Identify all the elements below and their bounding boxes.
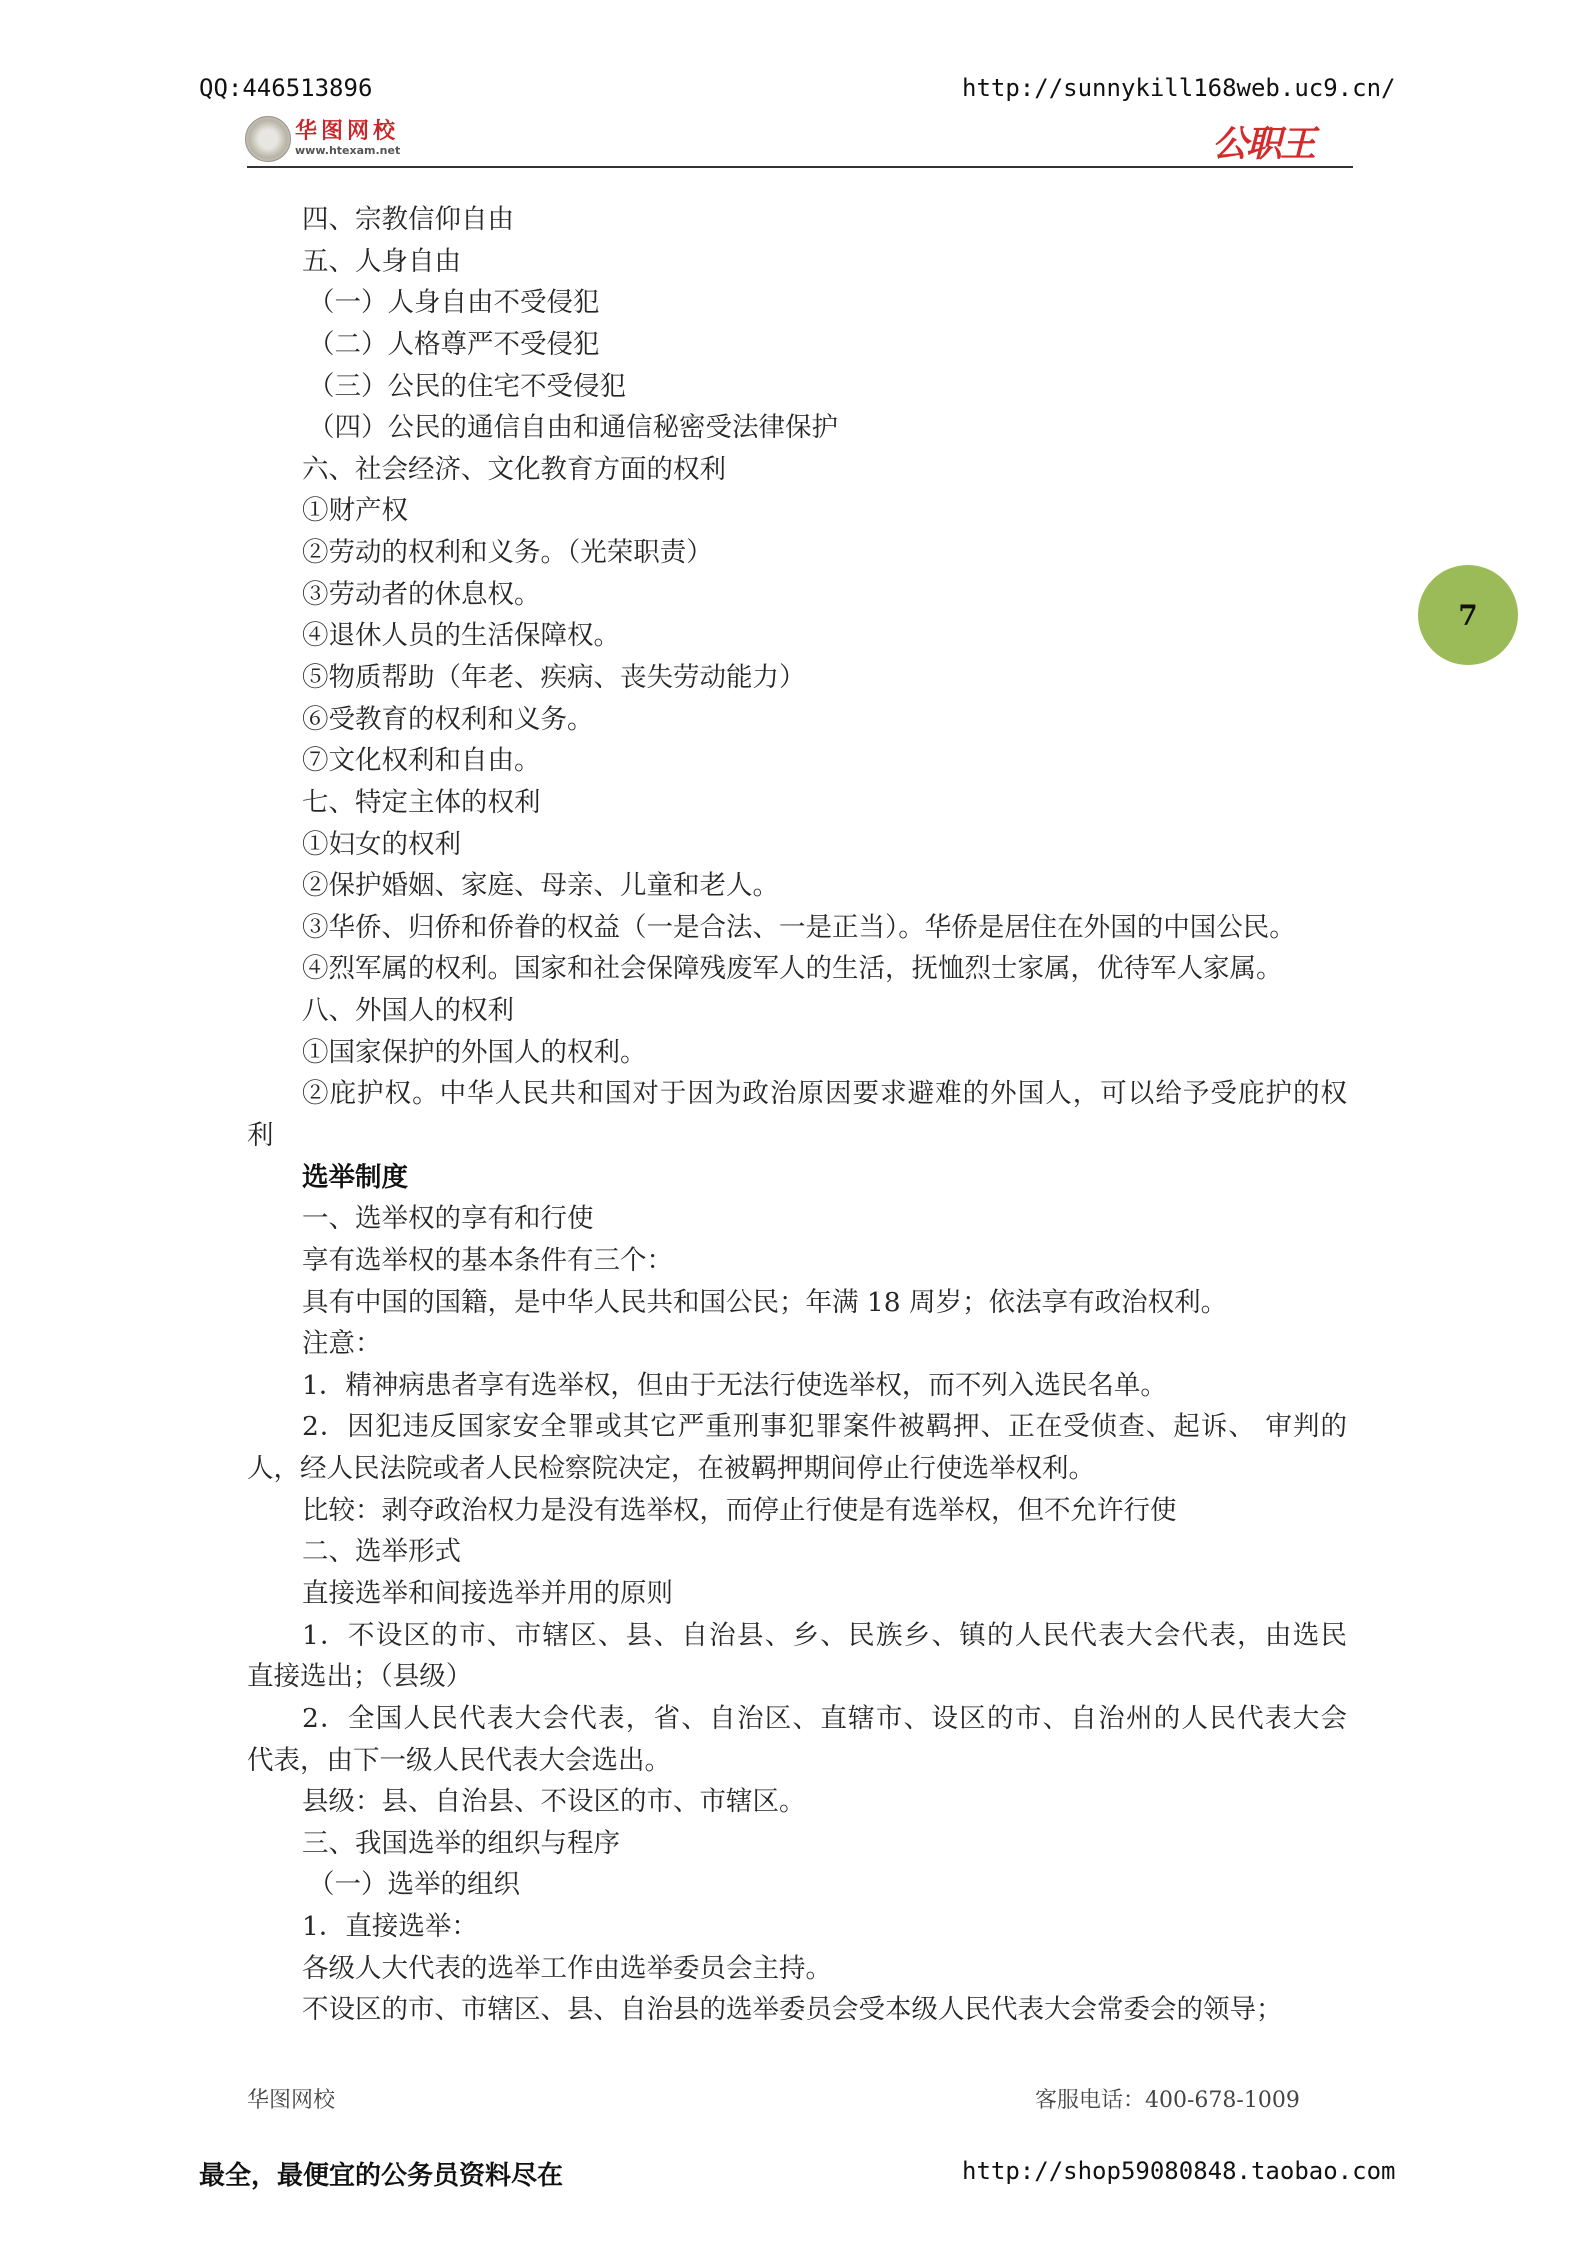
list-item: ④退休人员的生活保障权。	[302, 621, 620, 651]
gongzhiwang-logo: 公职王	[1212, 116, 1314, 167]
paragraph-continuation: 利	[247, 1121, 274, 1151]
paragraph-continuation: 人，经人民法院或者人民检察院决定，在被羁押期间停止行使选举权利。	[247, 1454, 1095, 1484]
page-number: 7	[1458, 599, 1477, 632]
list-item: 2．因犯违反国家安全罪或其它严重刑事犯罪案件被羁押、正在受侦查、起诉、 审判的	[302, 1412, 1347, 1442]
shop-url: http://shop59080848.taobao.com	[962, 2157, 1395, 2185]
paragraph: 直接选举和间接选举并用的原则	[302, 1579, 673, 1609]
list-item: ③劳动者的休息权。	[302, 580, 541, 610]
list-item: （一）人身自由不受侵犯	[308, 288, 600, 318]
section-heading: 一、选举权的享有和行使	[302, 1204, 594, 1234]
list-item: ②庇护权。中华人民共和国对于因为政治原因要求避难的外国人，可以给予受庇护的权	[302, 1079, 1347, 1109]
paragraph-continuation: 直接选出；（县级）	[247, 1662, 472, 1692]
list-item: （三）公民的住宅不受侵犯	[308, 372, 626, 402]
promo-text: 最全，最便宜的公务员资料尽在	[199, 2155, 563, 2192]
subsection-heading: （一）选举的组织	[308, 1870, 520, 1900]
logo-url: www.htexam.net	[295, 144, 400, 157]
list-item: ⑦文化权利和自由。	[302, 746, 541, 776]
paragraph: 享有选举权的基本条件有三个：	[302, 1246, 673, 1276]
list-item: ⑥受教育的权利和义务。	[302, 705, 594, 735]
section-heading: 五、人身自由	[302, 247, 461, 277]
section-heading: 六、社会经济、文化教育方面的权利	[302, 455, 726, 485]
list-item: 1．直接选举：	[302, 1912, 478, 1942]
list-item: 2．全国人民代表大会代表，省、自治区、直辖市、设区的市、自治州的人民代表大会	[302, 1704, 1347, 1734]
page-number-badge: 7	[1418, 565, 1518, 665]
paragraph: 不设区的市、市辖区、县、自治县的选举委员会受本级人民代表大会常委会的领导；	[302, 1995, 1283, 2025]
emblem-icon	[245, 116, 291, 162]
section-heading: 二、选举形式	[302, 1537, 461, 1567]
huatu-logo: 华图网校 www.htexam.net	[245, 116, 415, 162]
footer-brand: 华图网校	[247, 2083, 335, 2114]
list-item: ③华侨、归侨和侨眷的权益（一是合法、一是正当）。华侨是居住在外国的中国公民。	[302, 913, 1296, 943]
section-heading: 三、我国选举的组织与程序	[302, 1829, 620, 1859]
list-item: （四）公民的通信自由和通信秘密受法律保护	[308, 413, 838, 443]
list-item: ②劳动的权利和义务。（光荣职责）	[302, 538, 713, 568]
list-item: ④烈军属的权利。国家和社会保障残废军人的生活，抚恤烈士家属，优待军人家属。	[302, 954, 1283, 984]
section-heading: 七、特定主体的权利	[302, 788, 541, 818]
paragraph: 具有中国的国籍，是中华人民共和国公民；年满 18 周岁；依法享有政治权利。	[302, 1288, 1227, 1318]
paragraph: 各级人大代表的选举工作由选举委员会主持。	[302, 1954, 832, 1984]
section-heading: 八、外国人的权利	[302, 996, 514, 1026]
list-item: ⑤物质帮助（年老、疾病、丧失劳动能力）	[302, 663, 806, 693]
footer-phone: 客服电话：400-678-1009	[1035, 2083, 1300, 2114]
paragraph: 县级：县、自治县、不设区的市、市辖区。	[302, 1787, 806, 1817]
list-item: ①妇女的权利	[302, 830, 461, 860]
list-item: ①国家保护的外国人的权利。	[302, 1038, 647, 1068]
header-url: http://sunnykill168web.uc9.cn/	[962, 74, 1395, 102]
list-item: （二）人格尊严不受侵犯	[308, 330, 600, 360]
qq-number: QQ:446513896	[199, 74, 372, 102]
list-item: ②保护婚姻、家庭、母亲、儿童和老人。	[302, 871, 779, 901]
paragraph: 比较：剥夺政治权力是没有选举权，而停止行使是有选举权，但不允许行使	[302, 1496, 1177, 1526]
logo-name: 华图网校	[295, 114, 399, 145]
paragraph-continuation: 代表，由下一级人民代表大会选出。	[247, 1746, 671, 1776]
chapter-title: 选举制度	[302, 1163, 408, 1193]
section-heading: 四、宗教信仰自由	[302, 205, 514, 235]
list-item: ①财产权	[302, 496, 408, 526]
list-item: 1．精神病患者享有选举权，但由于无法行使选举权，而不列入选民名单。	[302, 1371, 1167, 1401]
list-item: 1．不设区的市、市辖区、县、自治县、乡、民族乡、镇的人民代表大会代表，由选民	[302, 1621, 1347, 1651]
header-divider	[247, 166, 1353, 168]
paragraph: 注意：	[302, 1329, 382, 1359]
